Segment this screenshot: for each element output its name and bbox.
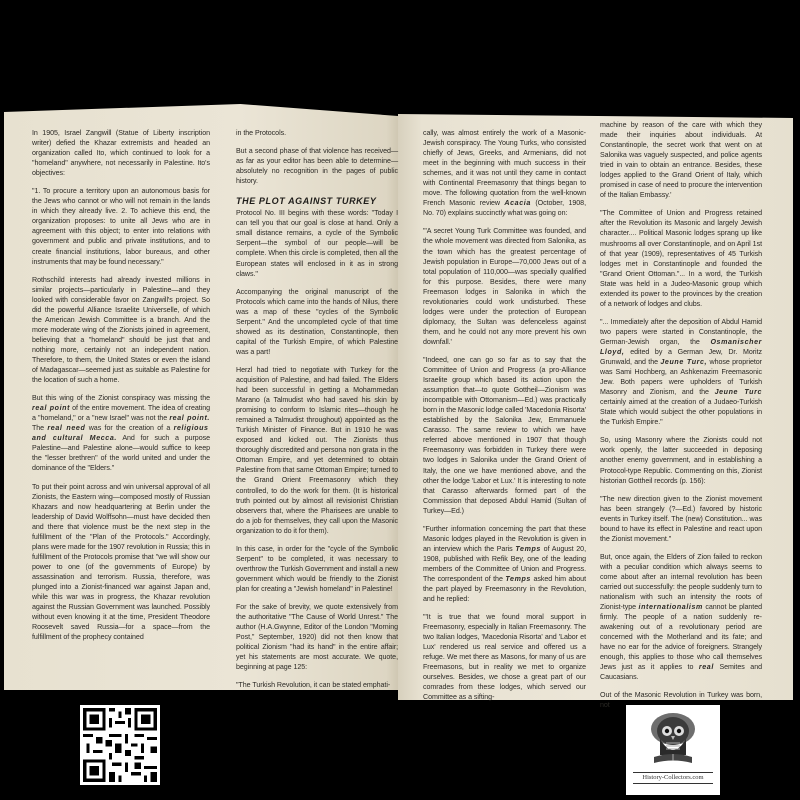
paragraph: But a second phase of that violence has … [236, 146, 398, 186]
text: cannot be planted firmly. The people of … [600, 603, 762, 671]
paragraph: "1. To procure a territory upon an auton… [32, 186, 210, 266]
column-1: In 1905, Israel Zangwill (Statue of Libe… [32, 128, 210, 650]
paragraph: "The Committee of Union and Progress ret… [600, 208, 762, 308]
paragraph: "Indeed, one can go so far as to say tha… [423, 355, 586, 516]
open-booklet: In 1905, Israel Zangwill (Statue of Libe… [0, 0, 800, 800]
text: cally, was almost entirely the work of a… [423, 129, 586, 207]
emphasis: Jeune Turc [715, 388, 762, 396]
emphasis: real point. [169, 414, 210, 422]
emphasis: real point [32, 404, 70, 412]
emphasis: internationalism [639, 603, 703, 611]
column-2: in the Protocols. But a second phase of … [236, 128, 398, 698]
logo-caption: History-Collectors.com [642, 774, 703, 782]
history-collectors-logo[interactable]: History-Collectors.com [626, 705, 720, 795]
emphasis: Temps [515, 545, 541, 553]
emphasis: Jeune Turc, [660, 358, 707, 366]
section-heading: THE PLOT AGAINST TURKEY [236, 196, 398, 206]
text: The [32, 424, 47, 432]
paragraph: cally, was almost entirely the work of a… [423, 128, 586, 218]
emphasis: real [699, 663, 714, 671]
text: certainly aimed at the creation of a Jud… [600, 398, 762, 426]
paragraph: "'A secret Young Turk Committee was foun… [423, 226, 586, 347]
paragraph: In this case, in order for the "cycle of… [236, 544, 398, 594]
column-3: cally, was almost entirely the work of a… [423, 128, 586, 711]
qr-code-icon[interactable] [80, 705, 160, 785]
emphasis: Acacia [504, 199, 530, 207]
paragraph: machine by reason of the care with which… [600, 120, 762, 200]
paragraph: Herzl had tried to negotiate with Turkey… [236, 365, 398, 536]
paragraph: To put their point across and win univer… [32, 482, 210, 643]
paragraph: But this wing of the Zionist conspiracy … [32, 393, 210, 473]
emphasis: Temps [505, 575, 531, 583]
divider [633, 772, 713, 773]
paragraph: "The Turkish Revolution, it can be state… [236, 680, 398, 690]
paragraph: "... Immediately after the deposition of… [600, 317, 762, 428]
paragraph: Accompanying the original manuscript of … [236, 287, 398, 357]
paragraph: "'It is true that we found moral support… [423, 612, 586, 702]
paragraph: But, once again, the Elders of Zion fail… [600, 552, 762, 683]
owl-on-book-icon [642, 709, 704, 771]
text: But this wing of the Zionist conspiracy … [32, 394, 210, 402]
text: was for the creation of a [85, 424, 173, 432]
paragraph: in the Protocols. [236, 128, 398, 138]
paragraph: Rothschild interests had already investe… [32, 275, 210, 386]
column-4: machine by reason of the care with which… [600, 120, 762, 719]
paragraph: "Further information concerning the part… [423, 524, 586, 604]
divider [633, 783, 713, 784]
emphasis: real need [47, 424, 85, 432]
paragraph: So, using Masonry where the Zionists cou… [600, 435, 762, 485]
paragraph: Protocol No. III begins with these words… [236, 208, 398, 278]
paragraph: For the sake of brevity, we quote extens… [236, 602, 398, 672]
paragraph: "The new direction given to the Zionist … [600, 494, 762, 544]
paragraph: In 1905, Israel Zangwill (Statue of Libe… [32, 128, 210, 178]
